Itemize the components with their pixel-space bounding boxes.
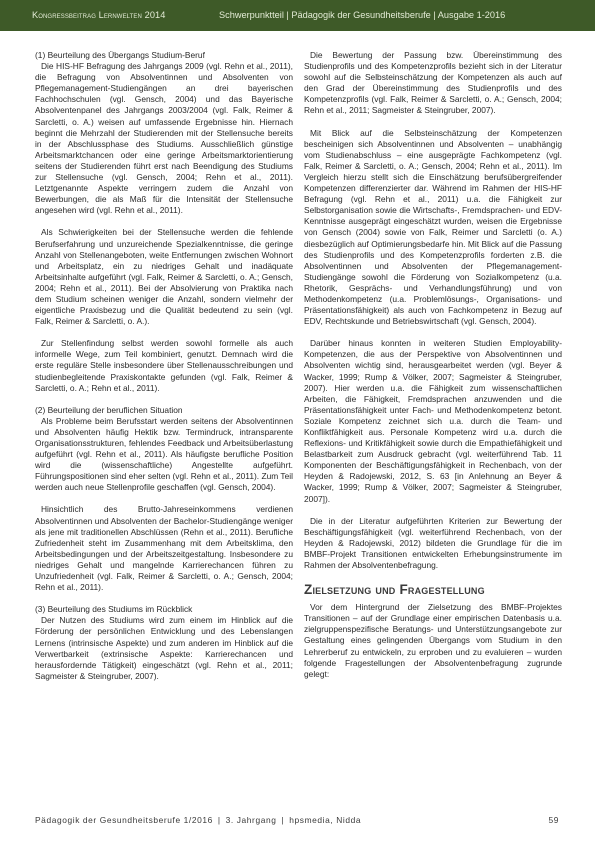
section-2-title: (2) Beurteilung der beruflichen Situatio…: [35, 405, 293, 416]
footer-separator: |: [281, 815, 284, 825]
footer-journal: Pädagogik der Gesundheitsberufe 1/2016: [35, 815, 213, 825]
section-1-title: (1) Beurteilung des Übergangs Studium-Be…: [35, 50, 293, 61]
paragraph: Die HIS-HF Befragung des Jahrgangs 2009 …: [35, 61, 293, 216]
page-number: 59: [548, 815, 559, 825]
header-issue-info: Schwerpunktteil | Pädagogik der Gesundhe…: [219, 10, 505, 20]
header-series-title: Kongressbeitrag Lernwelten 2014: [32, 10, 165, 20]
paragraph: Als Schwierigkeiten bei der Stellensuche…: [35, 227, 293, 327]
paragraph: Hinsichtlich des Brutto-Jahreseinkommens…: [35, 504, 293, 593]
footer-separator: |: [218, 815, 221, 825]
paragraph: Der Nutzen des Studiums wird zum einem i…: [35, 615, 293, 682]
section-3-title: (3) Beurteilung des Studiums im Rückblic…: [35, 604, 293, 615]
running-footer: Pädagogik der Gesundheitsberufe 1/2016|3…: [35, 815, 559, 825]
paragraph: Die Bewertung der Passung bzw. Übereinst…: [304, 50, 562, 117]
footer-publisher: hpsmedia, Nidda: [289, 815, 361, 825]
paragraph: Mit Blick auf die Selbsteinschätzung der…: [304, 128, 562, 328]
paragraph: Vor dem Hintergrund der Zielsetzung des …: [304, 602, 562, 680]
paragraph: Die in der Literatur aufgeführten Kriter…: [304, 516, 562, 571]
running-header: Kongressbeitrag Lernwelten 2014 Schwerpu…: [0, 0, 595, 31]
paragraph: Zur Stellenfindung selbst werden sowohl …: [35, 338, 293, 393]
section-heading: Zielsetzung und Fragestellung: [304, 582, 562, 597]
left-column: (1) Beurteilung des Übergangs Studium-Be…: [35, 50, 293, 682]
right-column: Die Bewertung der Passung bzw. Übereinst…: [304, 50, 562, 680]
footer-volume: 3. Jahrgang: [226, 815, 277, 825]
paragraph: Darüber hinaus konnten in weiteren Studi…: [304, 338, 562, 504]
paragraph: Als Probleme beim Berufsstart werden sei…: [35, 416, 293, 494]
